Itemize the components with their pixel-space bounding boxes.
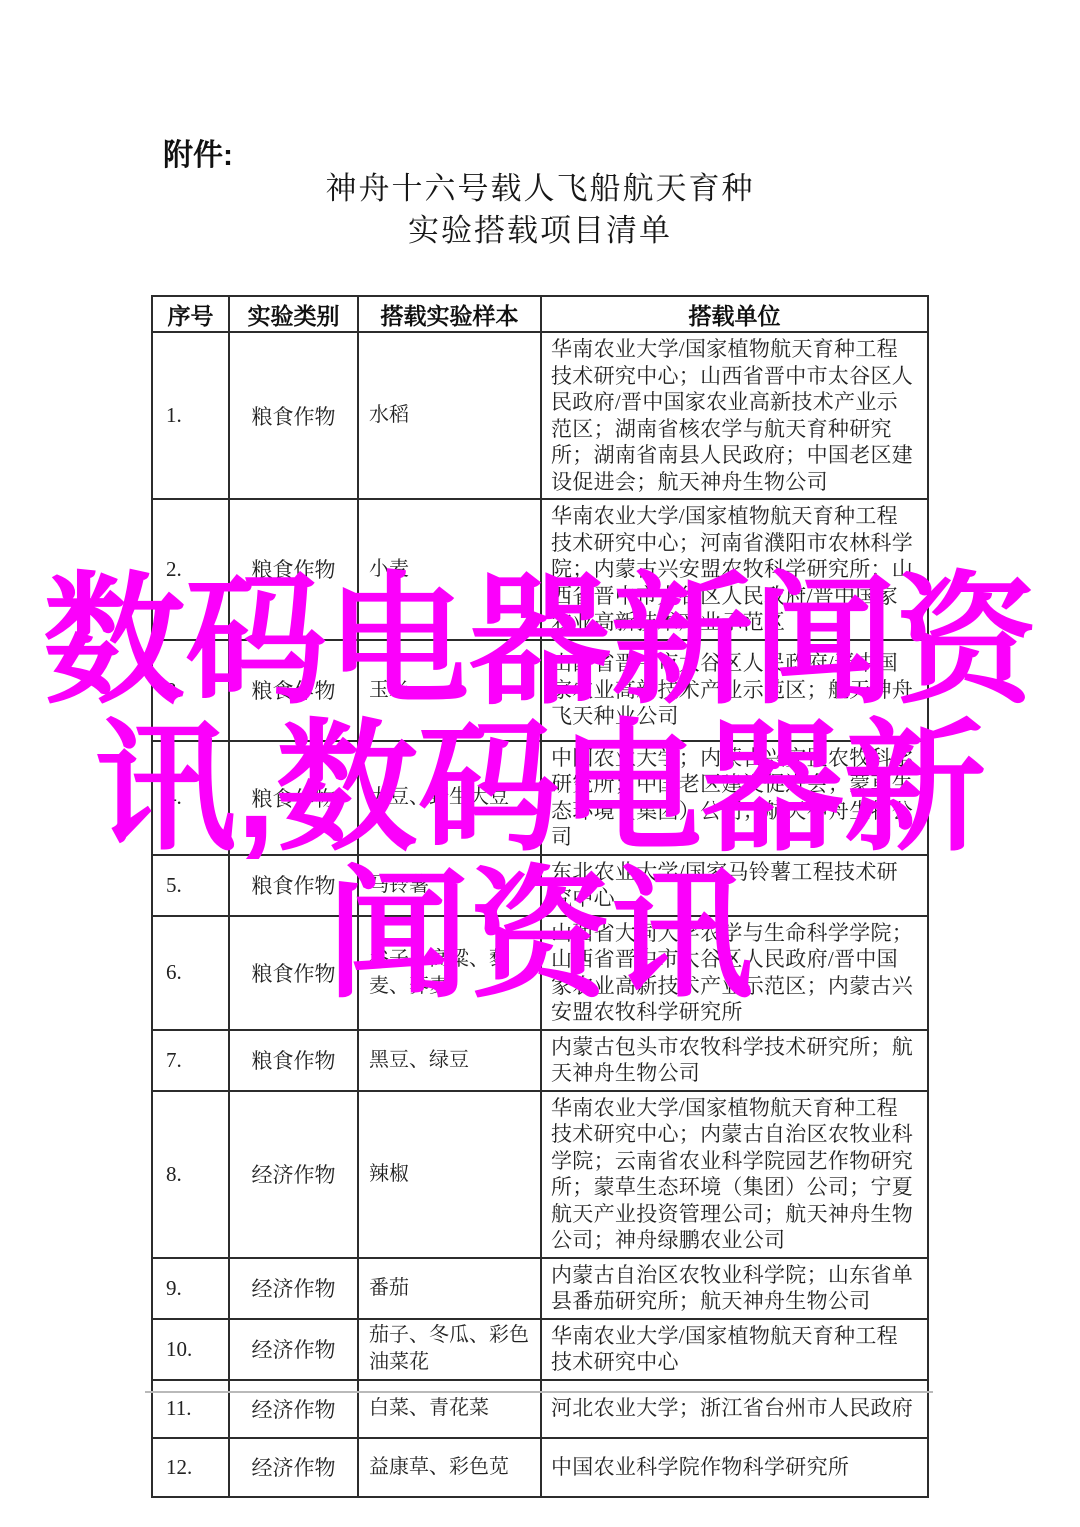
cell-units: 山西省大同大学农学与生命科学学院；山西省晋中市太谷区人民政府/晋中国家农业高新技…	[541, 916, 928, 1030]
header-cell-no: 序号	[152, 296, 229, 332]
cell-units: 内蒙古自治区农牧业科学院；山东省单县番茄研究所；航天神舟生物公司	[541, 1258, 928, 1319]
table-row: 6.粮食作物谷子、高粱、藜麦、荞麦山西省大同大学农学与生命科学学院；山西省晋中市…	[152, 916, 928, 1030]
table-row: 11.经济作物白菜、青花菜河北农业大学；浙江省台州市人民政府	[152, 1380, 928, 1438]
document-title: 神舟十六号载人飞船航天育种 实验搭载项目清单	[0, 168, 1080, 252]
cell-no: 1.	[152, 332, 229, 499]
table-row: 12.经济作物益康草、彩色苋中国农业科学院作物科学研究所	[152, 1438, 928, 1497]
cell-no: 5.	[152, 855, 229, 916]
cell-category: 粮食作物	[229, 640, 358, 741]
cell-no: 7.	[152, 1030, 229, 1091]
cell-units: 中国农业大学；内蒙古兴安盟农牧科学研究所；中国老区建设促进会；蒙草生态环境（集团…	[541, 741, 928, 855]
cell-no: 9.	[152, 1258, 229, 1319]
cell-no: 10.	[152, 1319, 229, 1380]
table-row: 9.经济作物番茄内蒙古自治区农牧业科学院；山东省单县番茄研究所；航天神舟生物公司	[152, 1258, 928, 1319]
cell-category: 粮食作物	[229, 855, 358, 916]
cell-no: 11.	[152, 1380, 229, 1438]
header-cell-category: 实验类别	[229, 296, 358, 332]
header-cell-sample: 搭载实验样本	[358, 296, 541, 332]
cell-units: 东北农业大学/国家马铃薯工程技术研究中心	[541, 855, 928, 916]
cell-sample: 小麦	[358, 499, 541, 640]
table-row: 5.粮食作物马铃薯东北农业大学/国家马铃薯工程技术研究中心	[152, 855, 928, 916]
document-title-line2: 实验搭载项目清单	[0, 210, 1080, 252]
cell-no: 4.	[152, 741, 229, 855]
cell-no: 6.	[152, 916, 229, 1030]
document-title-line1: 神舟十六号载人飞船航天育种	[0, 168, 1080, 210]
table-row: 7.粮食作物黑豆、绿豆内蒙古包头市农牧科学技术研究所；航天神舟生物公司	[152, 1030, 928, 1091]
cell-category: 粮食作物	[229, 1030, 358, 1091]
cell-no: 3.	[152, 640, 229, 741]
cell-category: 粮食作物	[229, 499, 358, 640]
cell-category: 经济作物	[229, 1319, 358, 1380]
cell-category: 经济作物	[229, 1438, 358, 1497]
cell-category: 经济作物	[229, 1091, 358, 1258]
table-header-row: 序号 实验类别 搭载实验样本 搭载单位	[152, 296, 928, 332]
cell-no: 8.	[152, 1091, 229, 1258]
cell-no: 2.	[152, 499, 229, 640]
cell-units: 华南农业大学/国家植物航天育种工程技术研究中心；河南省濮阳市农林科学院；内蒙古兴…	[541, 499, 928, 640]
table-row: 3.粮食作物玉米山西省晋中市太谷区人民政府/晋中国家农业高新技术产业示范区；航天…	[152, 640, 928, 741]
cell-no: 12.	[152, 1438, 229, 1497]
payload-project-table: 序号 实验类别 搭载实验样本 搭载单位 1.粮食作物水稻华南农业大学/国家植物航…	[151, 295, 929, 1498]
cell-category: 粮食作物	[229, 332, 358, 499]
cell-sample: 黑豆、绿豆	[358, 1030, 541, 1091]
cell-sample: 大豆、野生大豆	[358, 741, 541, 855]
header-cell-units: 搭载单位	[541, 296, 928, 332]
cell-category: 粮食作物	[229, 741, 358, 855]
cell-sample: 玉米	[358, 640, 541, 741]
scanned-document-page: { "attachment_label": "附件:", "title": { …	[0, 0, 1080, 1527]
cell-category: 经济作物	[229, 1258, 358, 1319]
cell-units: 华南农业大学/国家植物航天育种工程技术研究中心；山西省晋中市太谷区人民政府/晋中…	[541, 332, 928, 499]
cell-sample: 茄子、冬瓜、彩色油菜花	[358, 1319, 541, 1380]
table-row: 1.粮食作物水稻华南农业大学/国家植物航天育种工程技术研究中心；山西省晋中市太谷…	[152, 332, 928, 499]
table-bottom-scan-shadow	[145, 1391, 933, 1393]
cell-units: 内蒙古包头市农牧科学技术研究所；航天神舟生物公司	[541, 1030, 928, 1091]
cell-sample: 谷子、高粱、藜麦、荞麦	[358, 916, 541, 1030]
cell-category: 粮食作物	[229, 916, 358, 1030]
table-row: 10.经济作物茄子、冬瓜、彩色油菜花华南农业大学/国家植物航天育种工程技术研究中…	[152, 1319, 928, 1380]
cell-sample: 辣椒	[358, 1091, 541, 1258]
cell-units: 河北农业大学；浙江省台州市人民政府	[541, 1380, 928, 1438]
cell-category: 经济作物	[229, 1380, 358, 1438]
cell-sample: 番茄	[358, 1258, 541, 1319]
cell-sample: 益康草、彩色苋	[358, 1438, 541, 1497]
cell-units: 中国农业科学院作物科学研究所	[541, 1438, 928, 1497]
table-row: 8.经济作物辣椒华南农业大学/国家植物航天育种工程技术研究中心；内蒙古自治区农牧…	[152, 1091, 928, 1258]
cell-sample: 马铃薯	[358, 855, 541, 916]
cell-units: 山西省晋中市太谷区人民政府/晋中国家农业高新技术产业示范区；航天神舟飞天种业公司	[541, 640, 928, 741]
cell-units: 华南农业大学/国家植物航天育种工程技术研究中心；内蒙古自治区农牧业科学院；云南省…	[541, 1091, 928, 1258]
cell-units: 华南农业大学/国家植物航天育种工程技术研究中心	[541, 1319, 928, 1380]
table-row: 4.粮食作物大豆、野生大豆中国农业大学；内蒙古兴安盟农牧科学研究所；中国老区建设…	[152, 741, 928, 855]
cell-sample: 水稻	[358, 332, 541, 499]
cell-sample: 白菜、青花菜	[358, 1380, 541, 1438]
table-row: 2.粮食作物小麦华南农业大学/国家植物航天育种工程技术研究中心；河南省濮阳市农林…	[152, 499, 928, 640]
